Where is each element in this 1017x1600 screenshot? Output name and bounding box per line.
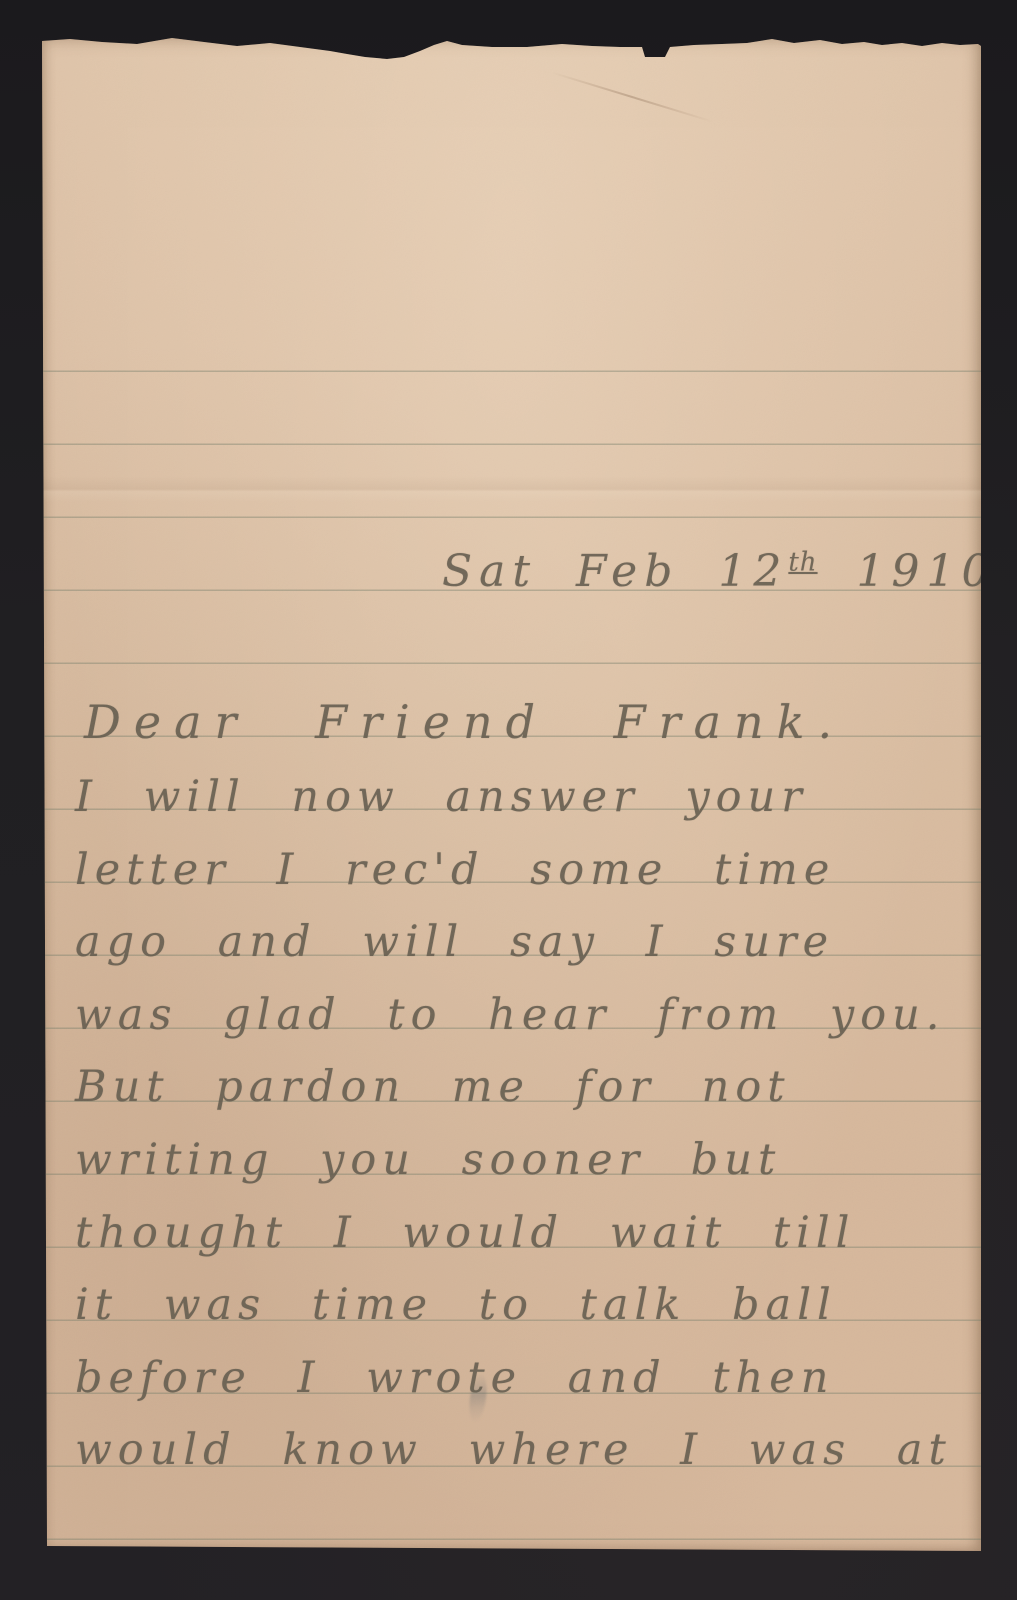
handwriting-line: ago and will say I sure xyxy=(75,906,952,979)
handwriting-line: I will now answer your xyxy=(75,761,952,834)
handwriting-line: it was time to talk ball xyxy=(75,1269,952,1342)
letter-body: I will now answer your letter I rec'd so… xyxy=(75,761,952,1487)
date-year: 1910. xyxy=(818,546,1017,597)
date-ordinal-suffix: th xyxy=(788,547,817,577)
salutation: Dear Friend Frank. xyxy=(84,695,845,749)
handwriting-line: But pardon me for not xyxy=(75,1051,952,1124)
handwriting-line: before I wrote and then xyxy=(75,1342,952,1415)
paper-crease xyxy=(550,71,713,123)
scan-background: Sat Feb 12th 1910. Dear Friend Frank. I … xyxy=(0,0,1017,1600)
handwriting-line: letter I rec'd some time xyxy=(75,834,952,907)
paper-fold-crease xyxy=(42,476,981,502)
handwriting-line: writing you sooner but xyxy=(75,1124,952,1197)
handwriting-line: would know where I was at xyxy=(75,1414,952,1487)
date-day-month: Sat Feb 12 xyxy=(442,546,788,597)
handwriting-line: was glad to hear from you. xyxy=(75,979,952,1052)
letter-paper: Sat Feb 12th 1910. Dear Friend Frank. I … xyxy=(42,36,981,1553)
handwriting-line: thought I would wait till xyxy=(75,1197,952,1270)
date-line: Sat Feb 12th 1910. xyxy=(442,546,1017,597)
